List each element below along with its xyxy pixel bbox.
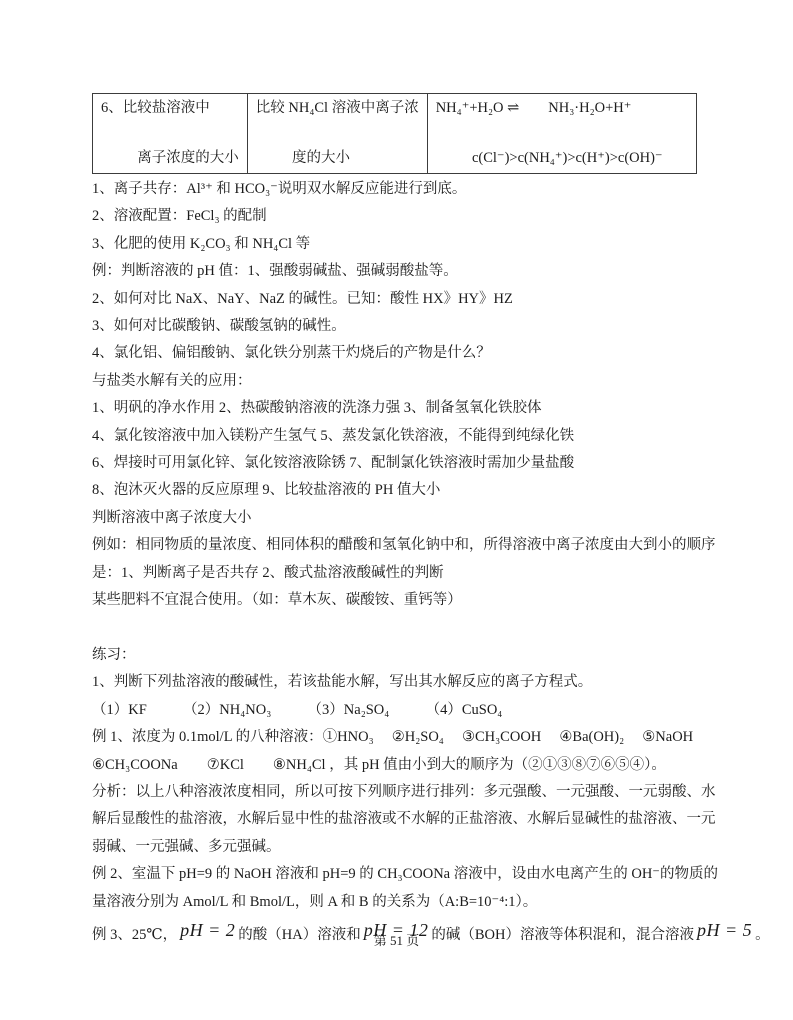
paragraph-line: 4、氯化铵溶液中加入镁粉产生氢气 5、蒸发氯化铁溶液，不能得到纯绿化铁 xyxy=(92,423,710,450)
document-content: 6、比较盐溶液中 离子浓度的大小 比较 NH₄Cl 溶液中离子浓 度的大小 NH… xyxy=(92,93,710,952)
example-line-1: 比较 NH₄Cl 溶液中离子浓 xyxy=(256,100,419,116)
paragraph-line: 3、如何对比碳酸钠、碳酸氢钠的碱性。 xyxy=(92,313,710,340)
ion-concentration-order: c(Cl⁻)>c(NH₄⁺)>c(H⁺)>c(OH)⁻ xyxy=(472,150,663,166)
table-row: 6、比较盐溶液中 离子浓度的大小 比较 NH₄Cl 溶液中离子浓 度的大小 NH… xyxy=(93,94,697,174)
paragraph-line: 是：1、判断离子是否共存 2、酸式盐溶液酸碱性的判断 xyxy=(92,560,710,587)
topic-line-2: 离子浓度的大小 xyxy=(137,150,239,166)
paragraph-line: 例 1、浓度为 0.1mol/L 的八种溶液：①HNO₃ ②H₂SO₄ ③CH₃… xyxy=(92,724,710,751)
paragraph-line: 2、溶液配置：FeCl₃ 的配制 xyxy=(92,203,710,230)
paragraph-line: 8、泡沐灭火器的反应原理 9、比较盐溶液的 PH 值大小 xyxy=(92,477,710,504)
paragraph-line: 例如：相同物质的量浓度、相同体积的醋酸和氢氧化钠中和，所得溶液中离子浓度由大到小… xyxy=(92,532,710,559)
table-cell-equations: NH₄⁺+H₂O ⇌ NH₃·H₂O+H⁺ c(Cl⁻)>c(NH₄⁺)>c(H… xyxy=(427,94,696,174)
topic-line-1: 6、比较盐溶液中 xyxy=(101,100,210,116)
paragraph-line: 3、化肥的使用 K₂CO₃ 和 NH₄Cl 等 xyxy=(92,231,710,258)
exercise-heading: 练习： xyxy=(92,642,710,669)
paragraph-line: （1）KF （2）NH₄NO₃ （3）Na₂SO₄ （4）CuSO₄ xyxy=(92,697,710,724)
hydrolysis-summary-table: 6、比较盐溶液中 离子浓度的大小 比较 NH₄Cl 溶液中离子浓 度的大小 NH… xyxy=(92,93,697,174)
page-footer: 第 51 页 xyxy=(0,930,793,949)
paragraph-line: 1、判断下列盐溶液的酸碱性，若该盐能水解，写出其水解反应的离子方程式。 xyxy=(92,669,710,696)
paragraph-line: 2、如何对比 NaX、NaY、NaZ 的碱性。已知：酸性 HX》HY》HZ xyxy=(92,286,710,313)
paragraph-line: 例：判断溶液的 pH 值：1、强酸弱碱盐、强碱弱酸盐等。 xyxy=(92,258,710,285)
paragraph-line: ⑥CH₃COONa ⑦KCl ⑧NH₄Cl ，其 pH 值由小到大的顺序为（②①… xyxy=(92,752,710,779)
paragraph-line: 分析：以上八种溶液浓度相同，所以可按下列顺序进行排列：多元强酸、一元强酸、一元弱… xyxy=(92,779,710,806)
paragraph-line: 4、氯化铝、偏铝酸钠、氯化铁分别蒸干灼烧后的产物是什么？ xyxy=(92,340,710,367)
paragraph-line: 1、明矾的净水作用 2、热碳酸钠溶液的洗涤力强 3、制备氢氧化铁胶体 xyxy=(92,395,710,422)
document-page: 6、比较盐溶液中 离子浓度的大小 比较 NH₄Cl 溶液中离子浓 度的大小 NH… xyxy=(0,0,793,1020)
paragraph-line: 弱碱、一元强碱、多元强碱。 xyxy=(92,834,710,861)
table-cell-topic: 6、比较盐溶液中 离子浓度的大小 xyxy=(93,94,248,174)
paragraph-line: 判断溶液中离子浓度大小 xyxy=(92,505,710,532)
paragraph-line: 6、焊接时可用氯化锌、氯化铵溶液除锈 7、配制氯化铁溶液时需加少量盐酸 xyxy=(92,450,710,477)
blank-line xyxy=(92,615,710,642)
paragraph-line: 解后显酸性的盐溶液，水解后显中性的盐溶液或不水解的正盐溶液、水解后显碱性的盐溶液… xyxy=(92,806,710,833)
paragraph-line: 某些肥料不宜混合使用。（如：草木灰、碳酸铵、重钙等） xyxy=(92,587,710,614)
paragraph-line: 例 2、室温下 pH=9 的 NaOH 溶液和 pH=9 的 CH₃COONa … xyxy=(92,861,710,888)
example-line-2: 度的大小 xyxy=(292,150,350,166)
paragraph-line: 1、离子共存：Al³⁺ 和 HCO₃⁻说明双水解反应能进行到底。 xyxy=(92,176,710,203)
paragraph-line: 量溶液分别为 Amol/L 和 Bmol/L，则 A 和 B 的关系为（A:B=… xyxy=(92,889,710,916)
section-heading-applications: 与盐类水解有关的应用： xyxy=(92,368,710,395)
table-cell-example: 比较 NH₄Cl 溶液中离子浓 度的大小 xyxy=(247,94,427,174)
hydrolysis-equation: NH₄⁺+H₂O ⇌ NH₃·H₂O+H⁺ xyxy=(436,100,632,116)
